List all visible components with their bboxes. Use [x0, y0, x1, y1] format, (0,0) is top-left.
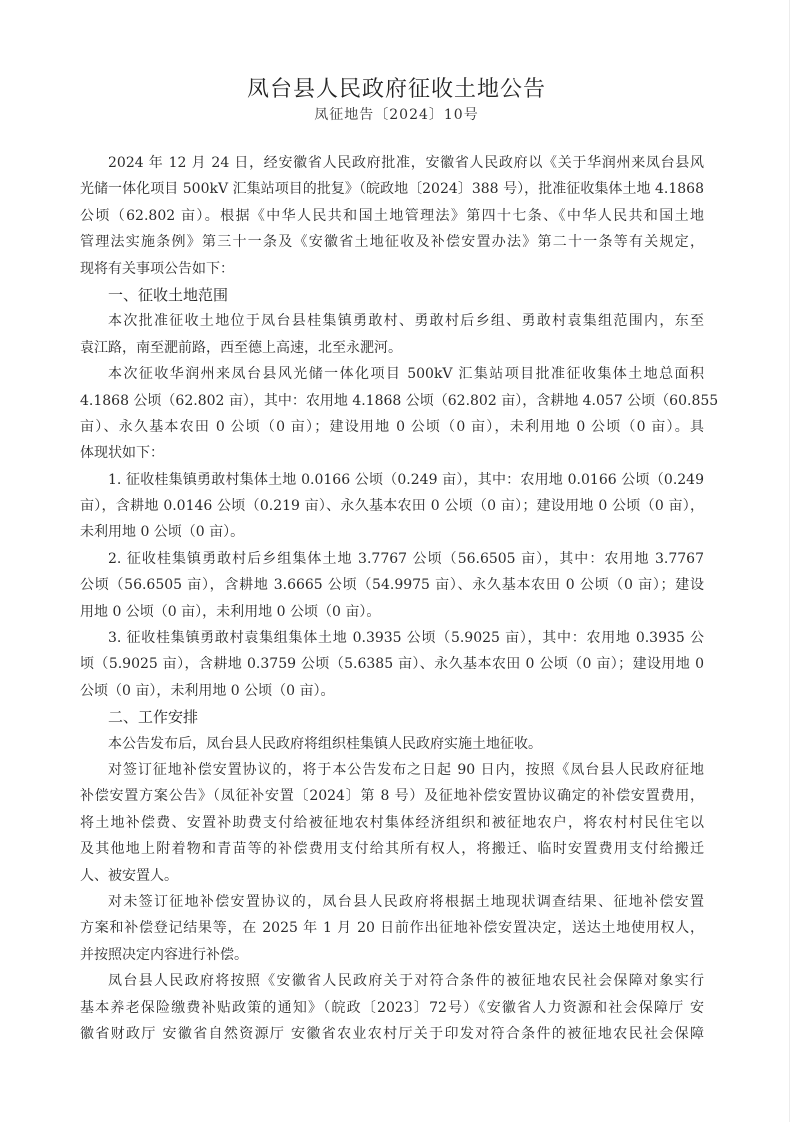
text-line: 袁江路，南至淝前路，西至德上高速，北至永淝河。 — [80, 335, 704, 361]
text-line: 顷（5.9025 亩），含耕地 0.3759 公顷（5.6385 亩）、永久基本… — [80, 651, 704, 677]
list-item-1: 1. 征收桂集镇勇敢村集体土地 0.0166 公顷（0.249 亩），其中：农用… — [80, 467, 704, 493]
text-line: 补偿安置方案公告》（凤征补安置〔2024〕第 8 号）及征地补偿安置协议确定的补… — [80, 783, 704, 809]
list-item-2: 2. 征收桂集镇勇敢村后乡组集体土地 3.7767 公顷（56.6505 亩），… — [80, 546, 704, 572]
text-line: 并按照决定内容进行补偿。 — [80, 942, 704, 968]
text-line: 方案和补偿登记结果等，在 2025 年 1 月 20 日前作出征地补偿安置决定，… — [80, 915, 704, 941]
text-line: 4.1868 公顷（62.802 亩），其中：农用地 4.1868 公顷（62.… — [80, 388, 704, 414]
document-title: 凤台县人民政府征收土地公告 — [0, 72, 793, 103]
text-line: 人、被安置人。 — [80, 863, 704, 889]
text-line: 管理法实施条例》第三十一条及《安徽省土地征收及补偿安置办法》第二十一条等有关规定… — [80, 229, 704, 255]
text-line: 凤台县人民政府将按照《安徽省人民政府关于对符合条件的被征地农民社会保障对象实行 — [80, 968, 704, 994]
section-heading-scope: 一、征收土地范围 — [80, 282, 704, 308]
text-line: 本次征收华润州来凤台县风光储一体化项目 500kV 汇集站项目批准征收集体土地总… — [80, 361, 704, 387]
page-edge-divider — [789, 0, 790, 1122]
text-line: 基本养老保险缴费补贴政策的通知》（皖政〔2023〕72号）《安徽省人力资源和社会… — [80, 995, 704, 1021]
text-line: 公顷（56.6505 亩），含耕地 3.6665 公顷（54.9975 亩）、永… — [80, 572, 704, 598]
text-line: 对未签订征地补偿安置协议的，凤台县人民政府将根据土地现状调查结果、征地补偿安置 — [80, 889, 704, 915]
text-line: 对签订征地补偿安置协议的，将于本公告发布之日起 90 日内，按照《凤台县人民政府… — [80, 757, 704, 783]
text-line: 将土地补偿费、安置补助费支付给被征地农村集体经济组织和被征地农户，将农村村民住宅… — [80, 810, 704, 836]
text-line: 徽省财政厅 安徽省自然资源厅 安徽省农业农村厅关于印发对符合条件的被征地农民社会… — [80, 1021, 704, 1047]
text-line: 及其他地上附着物和青苗等的补偿费用支付给其所有权人，将搬迁、临时安置费用支付给搬… — [80, 836, 704, 862]
document-body: 2024 年 12 月 24 日，经安徽省人民政府批准，安徽省人民政府以《关于华… — [80, 150, 704, 1047]
document-page: 凤台县人民政府征收土地公告 凤征地告〔2024〕10号 2024 年 12 月 … — [0, 0, 793, 1122]
list-item-3: 3. 征收桂集镇勇敢村袁集组集体土地 0.3935 公顷（5.9025 亩），其… — [80, 625, 704, 651]
text-line: 未利用地 0 公顷（0 亩）。 — [80, 519, 704, 545]
text-line: 光储一体化项目 500kV 汇集站项目的批复》（皖政地〔2024〕388 号），… — [80, 176, 704, 202]
document-number: 凤征地告〔2024〕10号 — [0, 104, 793, 124]
text-line: 2024 年 12 月 24 日，经安徽省人民政府批准，安徽省人民政府以《关于华… — [80, 150, 704, 176]
text-line: 用地 0 公顷（0 亩），未利用地 0 公顷（0 亩）。 — [80, 599, 704, 625]
text-line: 本次批准征收土地位于凤台县桂集镇勇敢村、勇敢村后乡组、勇敢村袁集组范围内，东至 — [80, 308, 704, 334]
text-line: 体现状如下： — [80, 440, 704, 466]
text-line: 亩），含耕地 0.0146 公顷（0.219 亩）、永久基本农田 0 公顷（0 … — [80, 493, 704, 519]
text-line: 现将有关事项公告如下： — [80, 256, 704, 282]
section-heading-arrangement: 二、工作安排 — [80, 704, 704, 730]
text-line: 亩）、永久基本农田 0 公顷（0 亩）；建设用地 0 公顷（0 亩），未利用地 … — [80, 414, 704, 440]
text-line: 本公告发布后，凤台县人民政府将组织桂集镇人民政府实施土地征收。 — [80, 731, 704, 757]
text-line: 公顷（0 亩），未利用地 0 公顷（0 亩）。 — [80, 678, 704, 704]
text-line: 公顷（62.802 亩）。根据《中华人民共和国土地管理法》第四十七条、《中华人民… — [80, 203, 704, 229]
